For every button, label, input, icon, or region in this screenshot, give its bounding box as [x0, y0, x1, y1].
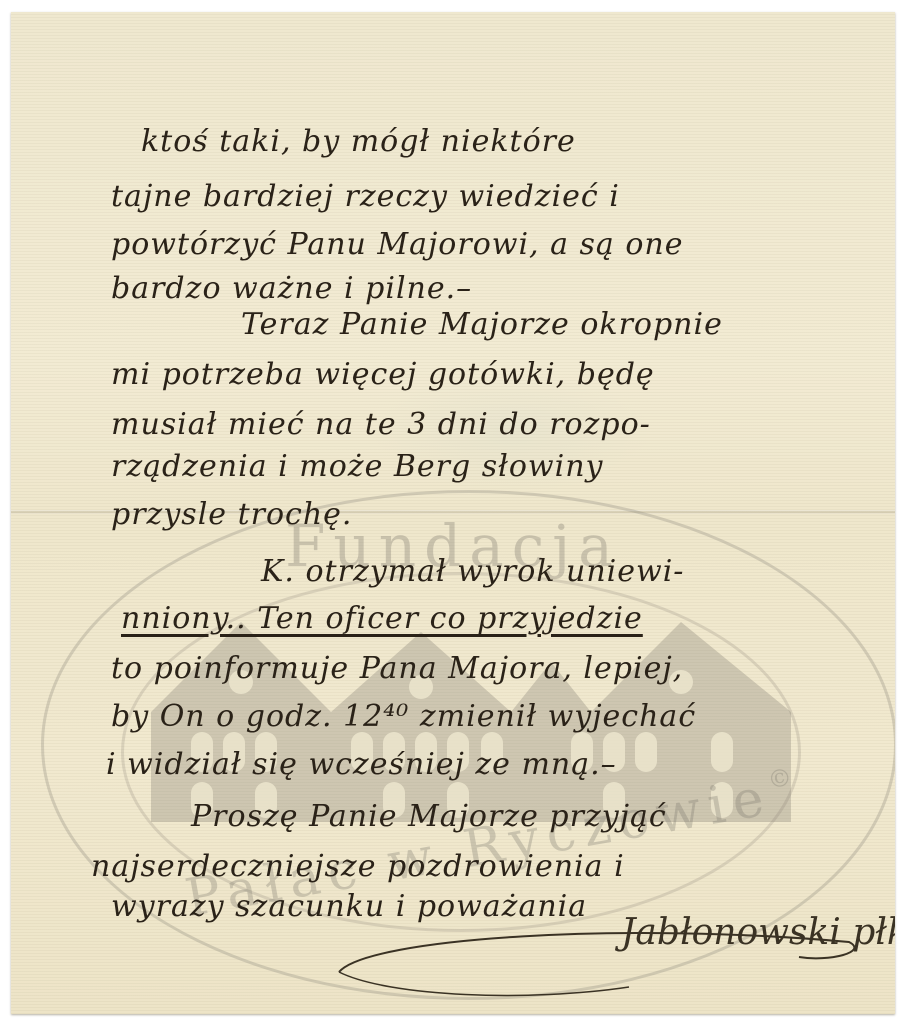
- scan-page: Fundacja: [0, 0, 906, 1024]
- signature: Jabłonowski płk: [621, 912, 895, 953]
- letter-line: nniony.. Ten oficer co przyjedzie: [121, 604, 643, 634]
- letter-line: Teraz Panie Majorze okropnie: [241, 310, 723, 340]
- letter-line: ktoś taki, by mógł niektóre: [141, 127, 576, 157]
- letter-line: powtórzyć Panu Majorowi, a są one: [111, 230, 684, 260]
- letter-line: bardzo ważne i pilne.–: [111, 274, 472, 304]
- letter-line: K. otrzymał wyrok uniewi-: [261, 557, 684, 587]
- letter-line: by On o godz. 12⁴⁰ zmienił wyjechać: [111, 702, 696, 732]
- letter-line: tajne bardziej rzeczy wiedzieć i: [111, 182, 620, 212]
- letter-line: to poinformuje Pana Majora, lepiej,: [111, 654, 683, 684]
- letter-line: i widział się wcześniej ze mną.–: [106, 750, 617, 780]
- letter-line: rządzenia i może Berg słowiny: [111, 452, 603, 482]
- letter-line: Proszę Panie Majorze przyjąć: [191, 802, 667, 832]
- letter-paper: Fundacja: [11, 12, 895, 1014]
- letter-line: najserdeczniejsze pozdrowienia i: [91, 852, 625, 882]
- letter-line: przysle trochę.: [111, 500, 352, 530]
- letter-line: mi potrzeba więcej gotówki, będę: [111, 360, 655, 390]
- letter-line: musiał mieć na te 3 dni do rozpo-: [111, 410, 651, 440]
